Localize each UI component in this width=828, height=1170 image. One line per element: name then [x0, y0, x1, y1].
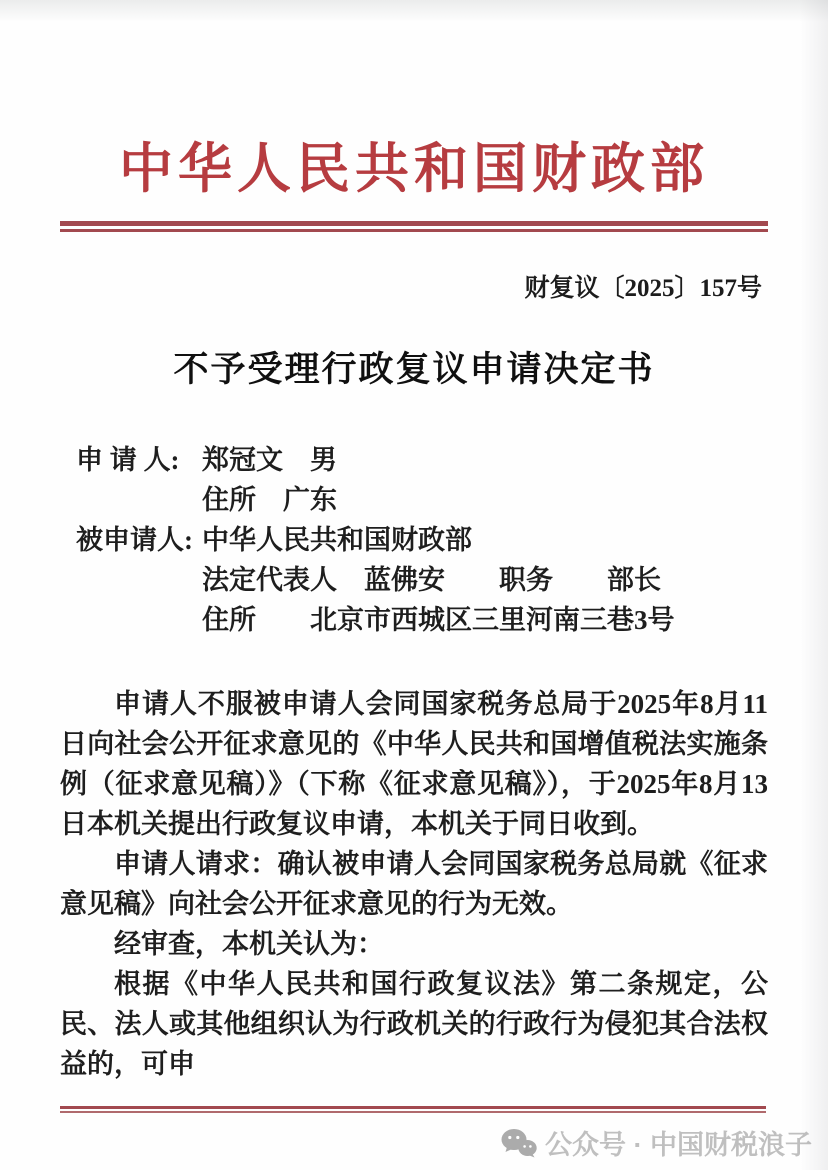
- party-value: 法定代表人 蓝佛安 职务 部长: [202, 560, 768, 600]
- party-label: [76, 600, 202, 640]
- party-label: 被申请人:: [76, 520, 202, 560]
- party-label: [76, 560, 202, 600]
- header-rule: [60, 221, 768, 232]
- body-paragraph: 申请人不服被申请人会同国家税务总局于2025年8月11日向社会公开征求意见的《中…: [60, 684, 768, 844]
- body-text: 申请人不服被申请人会同国家税务总局于2025年8月11日向社会公开征求意见的《中…: [60, 684, 768, 1084]
- parties-section: 申 请 人: 郑冠文 男 住所 广东 被申请人: 中华人民共和国财政部 法定代表…: [60, 440, 768, 640]
- party-row: 申 请 人: 郑冠文 男: [76, 440, 768, 480]
- party-label: [76, 480, 202, 520]
- party-row: 住所 广东: [76, 480, 768, 520]
- party-value: 郑冠文 男: [202, 440, 768, 480]
- body-paragraph: 经审查，本机关认为：: [60, 924, 768, 964]
- photo-top-shade: [0, 0, 828, 26]
- party-row: 被申请人: 中华人民共和国财政部: [76, 520, 768, 560]
- party-label: 申 请 人:: [76, 440, 202, 480]
- party-value: 住所 北京市西城区三里河南三巷3号: [202, 600, 768, 640]
- body-paragraph: 根据《中华人民共和国行政复议法》第二条规定，公民、法人或其他组织认为行政机关的行…: [60, 964, 768, 1084]
- bottom-rule: [60, 1106, 766, 1113]
- wechat-icon: [501, 1128, 537, 1158]
- agency-name: 中华人民共和国财政部: [60, 140, 768, 199]
- watermark: 公众号 · 中国财税浪子: [501, 1123, 812, 1162]
- document-number: 财复议〔2025〕157号: [60, 268, 768, 304]
- party-value: 中华人民共和国财政部: [202, 520, 768, 560]
- watermark-text: 公众号 · 中国财税浪子: [545, 1123, 812, 1162]
- party-value: 住所 广东: [202, 480, 768, 520]
- document-page: 中华人民共和国财政部 财复议〔2025〕157号 不予受理行政复议申请决定书 申…: [0, 0, 828, 1170]
- document-title: 不予受理行政复议申请决定书: [60, 342, 768, 392]
- body-paragraph: 申请人请求：确认被申请人会同国家税务总局就《征求意见稿》向社会公开征求意见的行为…: [60, 844, 768, 924]
- document-content: 中华人民共和国财政部 财复议〔2025〕157号 不予受理行政复议申请决定书 申…: [0, 140, 828, 1113]
- party-row: 法定代表人 蓝佛安 职务 部长: [76, 560, 768, 600]
- party-row: 住所 北京市西城区三里河南三巷3号: [76, 600, 768, 640]
